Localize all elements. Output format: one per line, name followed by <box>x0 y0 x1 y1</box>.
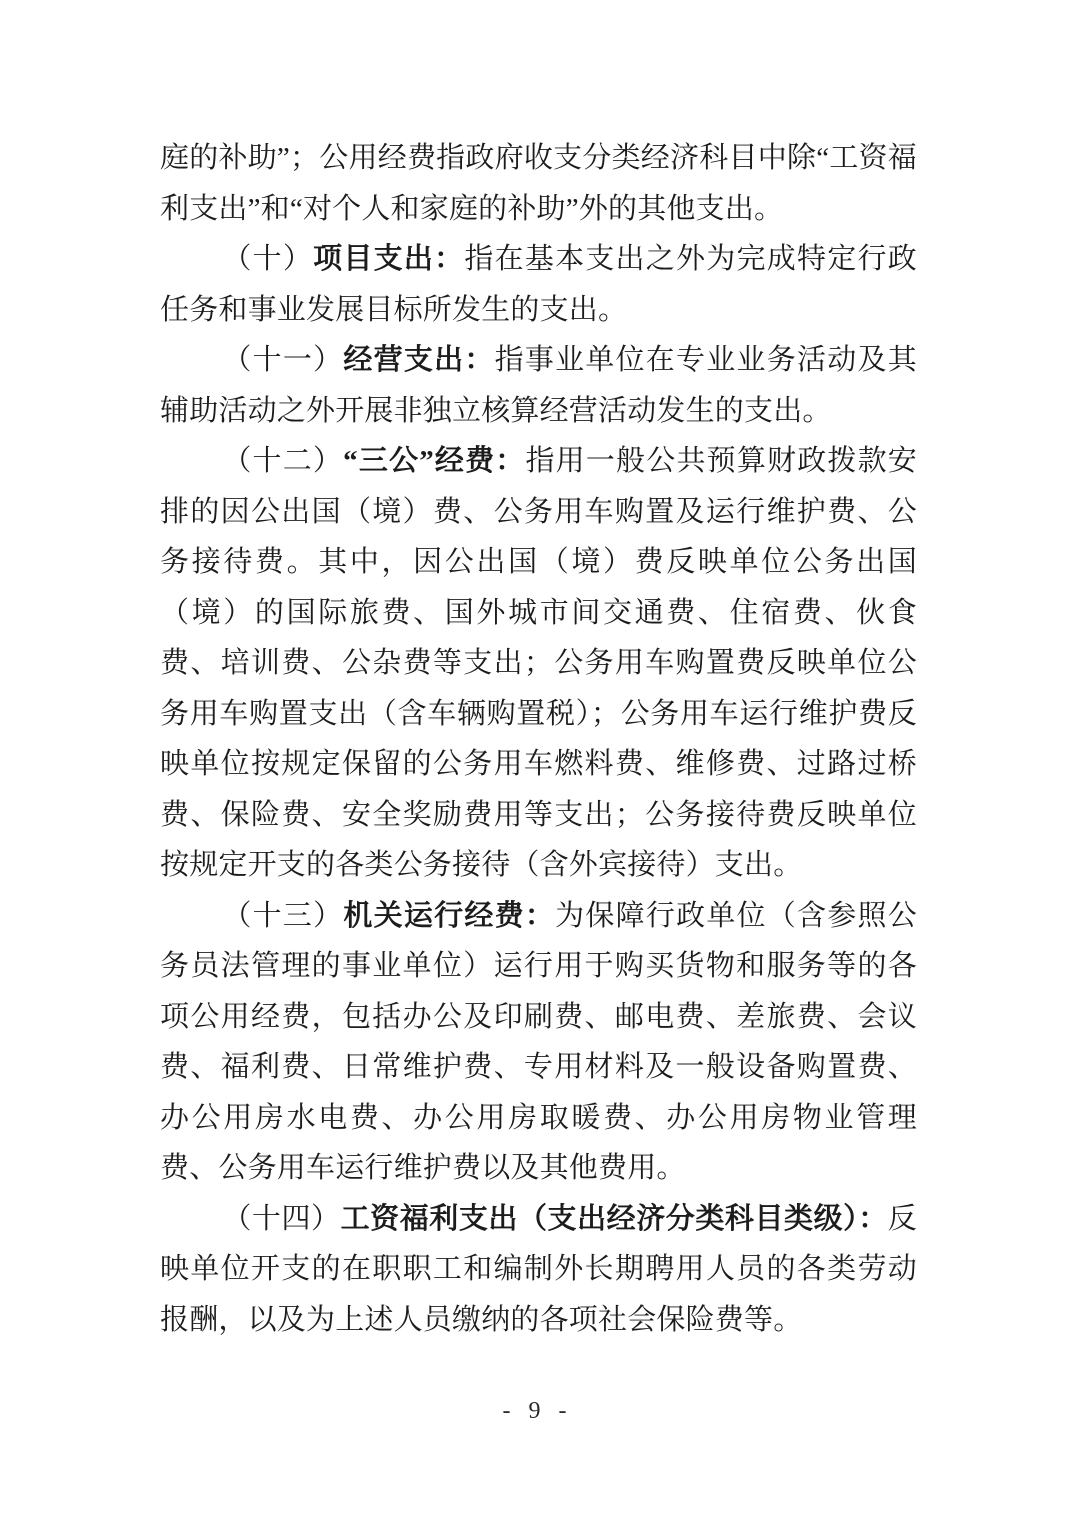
paragraph-item-14-wage-welfare-expenditure: （十四）工资福利支出（支出经济分类科目类级）：反映单位开支的在职职工和编制外长期… <box>160 1194 917 1346</box>
item-number: （十） <box>222 243 313 275</box>
item-term: 项目支出： <box>313 243 464 275</box>
item-term: 经营支出： <box>343 344 494 376</box>
page-number: - 9 - <box>0 1398 1075 1425</box>
item-number: （十三） <box>222 900 343 932</box>
document-page: 庭的补助”；公用经费指政府收支分类经济科目中除“工资福利支出”和“对个人和家庭的… <box>0 0 1075 1520</box>
item-number: （十四） <box>222 1203 340 1235</box>
document-body-text: 庭的补助”；公用经费指政府收支分类经济科目中除“工资福利支出”和“对个人和家庭的… <box>160 133 917 1345</box>
paragraph-item-12-three-public-funds: （十二）“三公”经费：指用一般公共预算财政拨款安排的因公出国（境）费、公务用车购… <box>160 436 917 891</box>
paragraph-continuation: 庭的补助”；公用经费指政府收支分类经济科目中除“工资福利支出”和“对个人和家庭的… <box>160 133 917 234</box>
paragraph-item-11-operating-expenditure: （十一）经营支出：指事业单位在专业业务活动及其辅助活动之外开展非独立核算经营活动… <box>160 335 917 436</box>
item-definition: 为保障行政单位（含参照公务员法管理的事业单位）运行用于购买货物和服务等的各项公用… <box>160 900 917 1185</box>
paragraph-text: 庭的补助”；公用经费指政府收支分类经济科目中除“工资福利支出”和“对个人和家庭的… <box>160 142 917 225</box>
item-term: 机关运行经费： <box>343 900 555 932</box>
item-number: （十一） <box>222 344 343 376</box>
item-term: 工资福利支出（支出经济分类科目类级）： <box>341 1203 888 1235</box>
paragraph-item-13-agency-operating-funds: （十三）机关运行经费：为保障行政单位（含参照公务员法管理的事业单位）运行用于购买… <box>160 891 917 1194</box>
item-number: （十二） <box>222 445 343 477</box>
item-term: “三公”经费： <box>343 445 525 477</box>
paragraph-item-10-project-expenditure: （十）项目支出：指在基本支出之外为完成特定行政任务和事业发展目标所发生的支出。 <box>160 234 917 335</box>
item-definition: 指用一般公共预算财政拨款安排的因公出国（境）费、公务用车购置及运行维护费、公务接… <box>160 445 917 881</box>
